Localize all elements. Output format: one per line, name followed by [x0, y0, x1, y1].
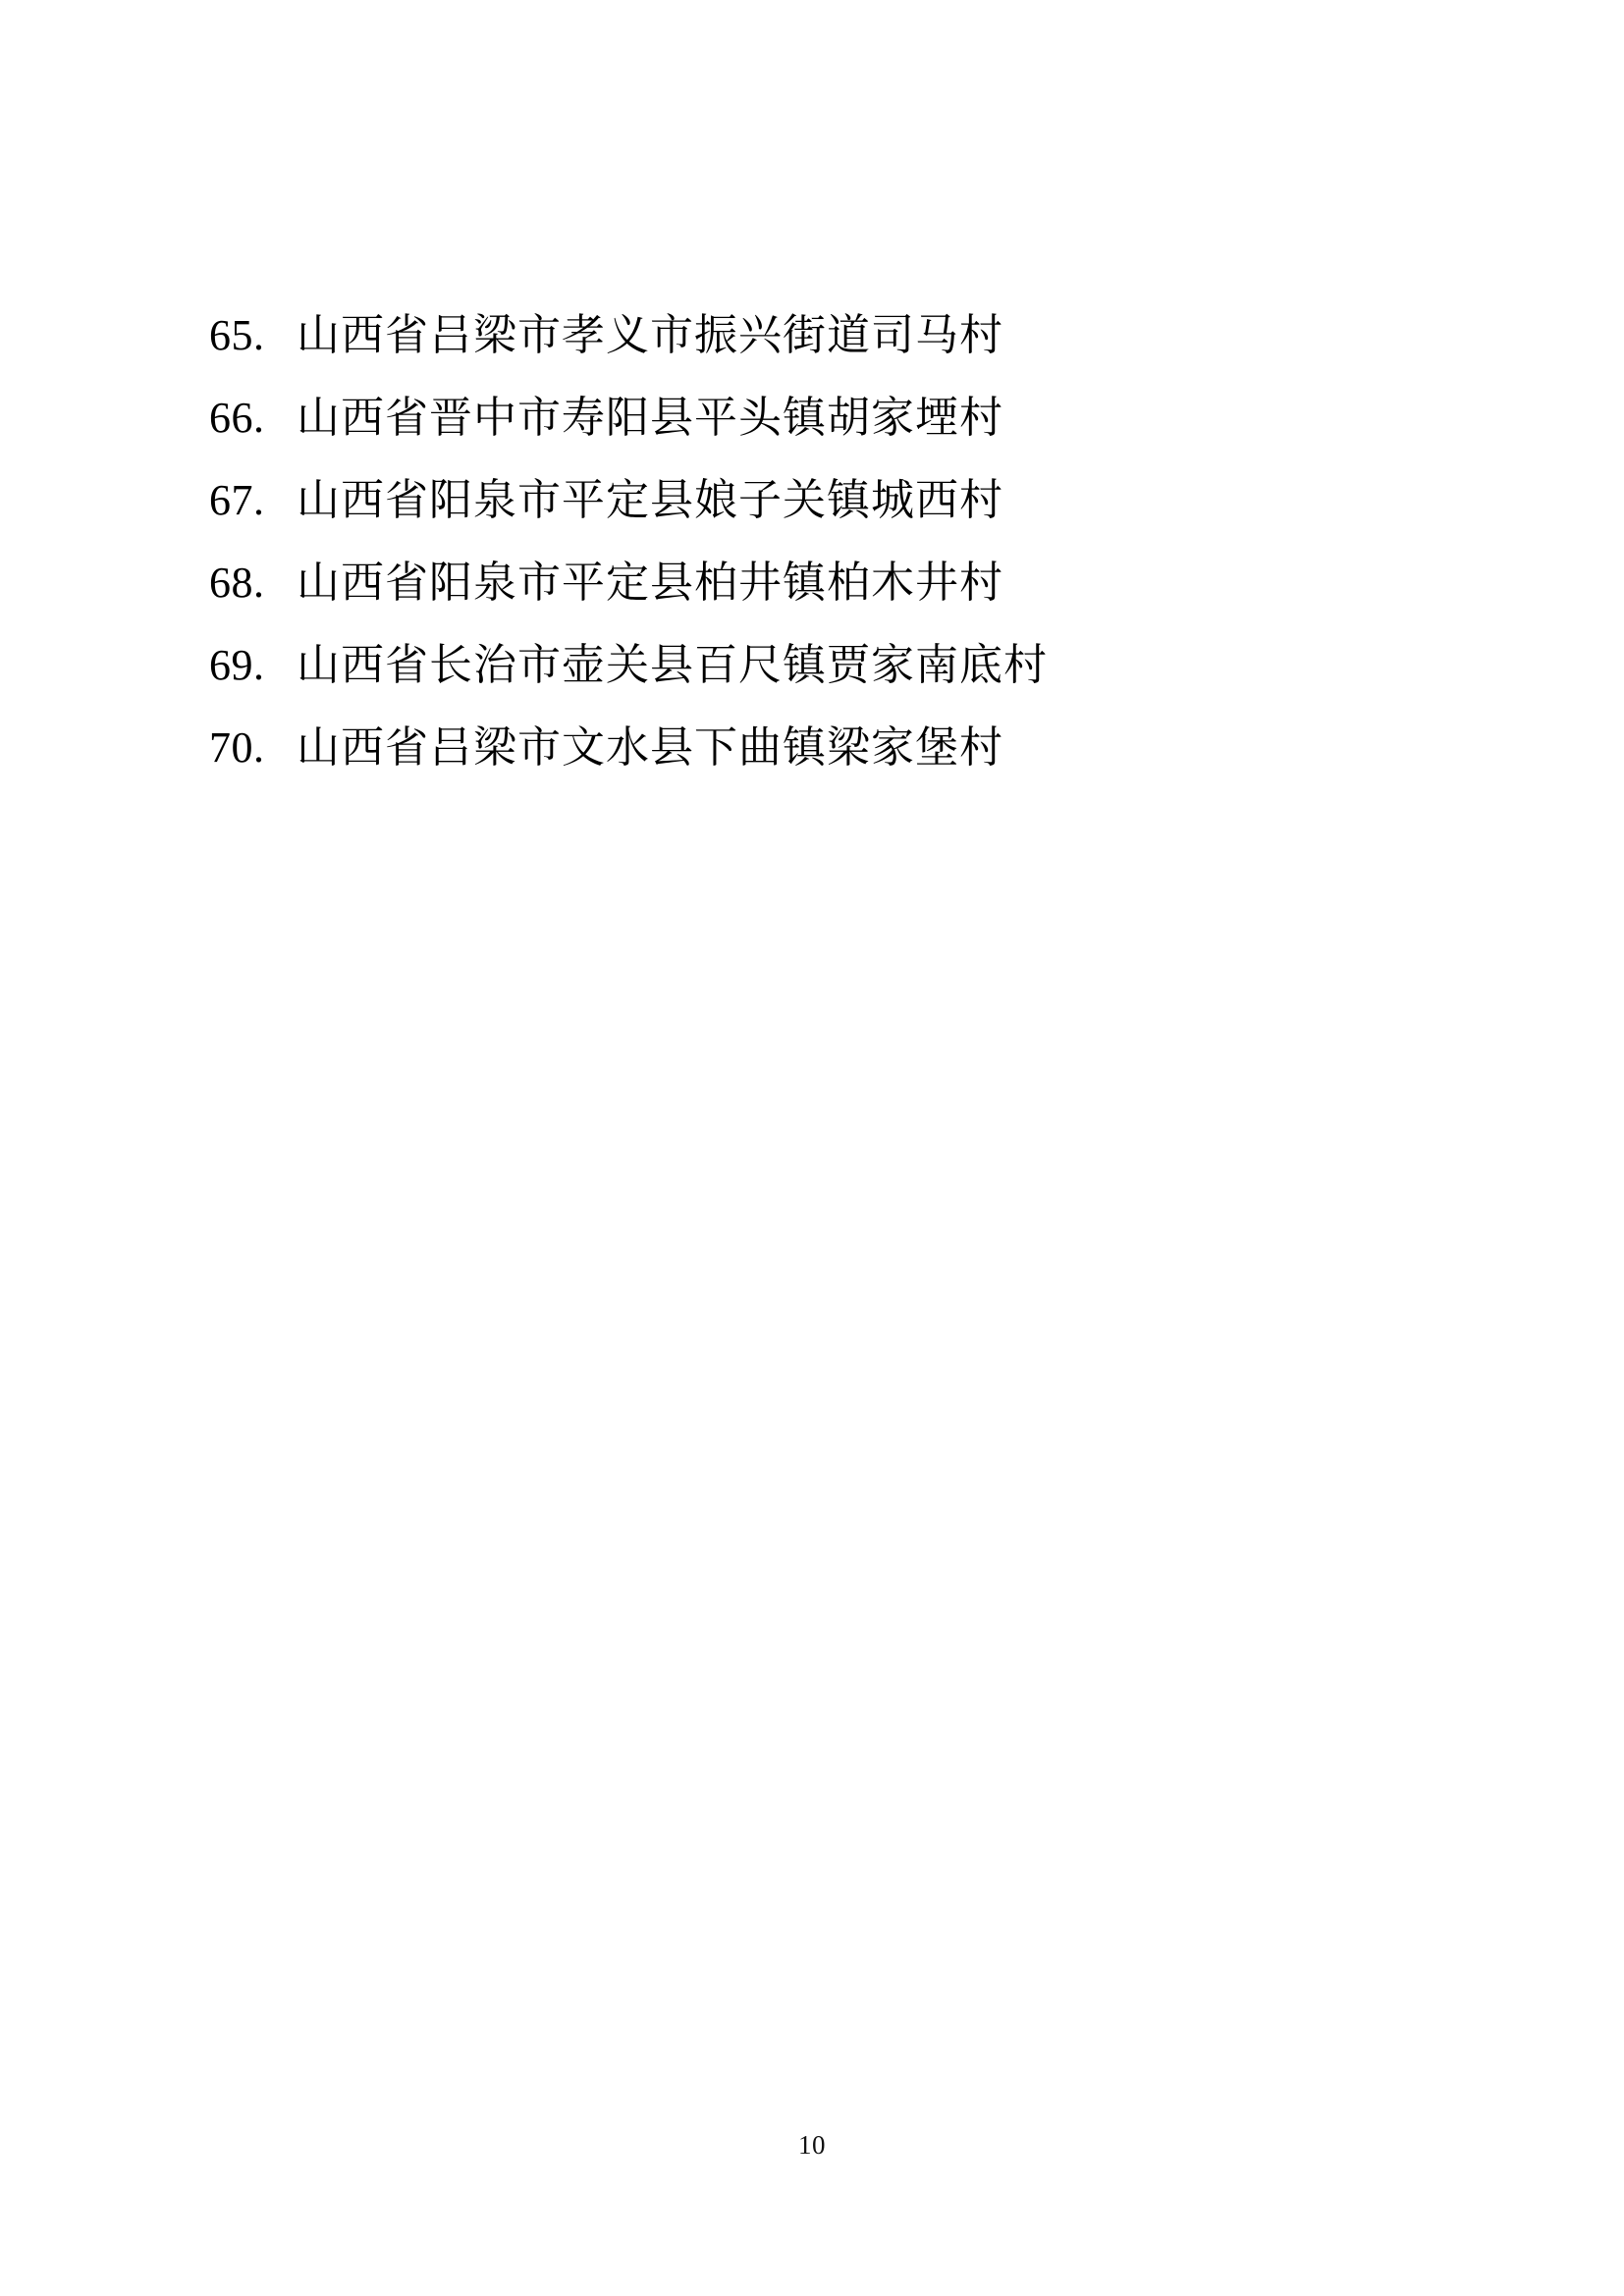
item-text: 山西省阳泉市平定县柏井镇柏木井村: [297, 542, 1003, 624]
list-item: 68. 山西省阳泉市平定县柏井镇柏木井村: [209, 542, 1506, 624]
page-footer: 10: [0, 2130, 1624, 2161]
list-item: 67. 山西省阳泉市平定县娘子关镇城西村: [209, 459, 1506, 542]
list-item: 69. 山西省长治市壶关县百尺镇贾家南底村: [209, 624, 1506, 707]
item-text: 山西省长治市壶关县百尺镇贾家南底村: [297, 624, 1048, 707]
list-item: 65. 山西省吕梁市孝义市振兴街道司马村: [209, 294, 1506, 377]
village-list: 65. 山西省吕梁市孝义市振兴街道司马村 66. 山西省晋中市寿阳县平头镇胡家堙…: [209, 294, 1506, 789]
document-page: 65. 山西省吕梁市孝义市振兴街道司马村 66. 山西省晋中市寿阳县平头镇胡家堙…: [0, 0, 1624, 2296]
list-item: 66. 山西省晋中市寿阳县平头镇胡家堙村: [209, 377, 1506, 459]
item-number: 66.: [209, 377, 297, 459]
item-number: 70.: [209, 707, 297, 789]
item-number: 67.: [209, 459, 297, 542]
item-text: 山西省吕梁市孝义市振兴街道司马村: [297, 294, 1003, 377]
item-number: 69.: [209, 624, 297, 707]
item-text: 山西省晋中市寿阳县平头镇胡家堙村: [297, 377, 1003, 459]
item-text: 山西省吕梁市文水县下曲镇梁家堡村: [297, 707, 1003, 789]
item-number: 65.: [209, 294, 297, 377]
item-text: 山西省阳泉市平定县娘子关镇城西村: [297, 459, 1003, 542]
list-item: 70. 山西省吕梁市文水县下曲镇梁家堡村: [209, 707, 1506, 789]
item-number: 68.: [209, 542, 297, 624]
page-number: 10: [798, 2130, 826, 2160]
